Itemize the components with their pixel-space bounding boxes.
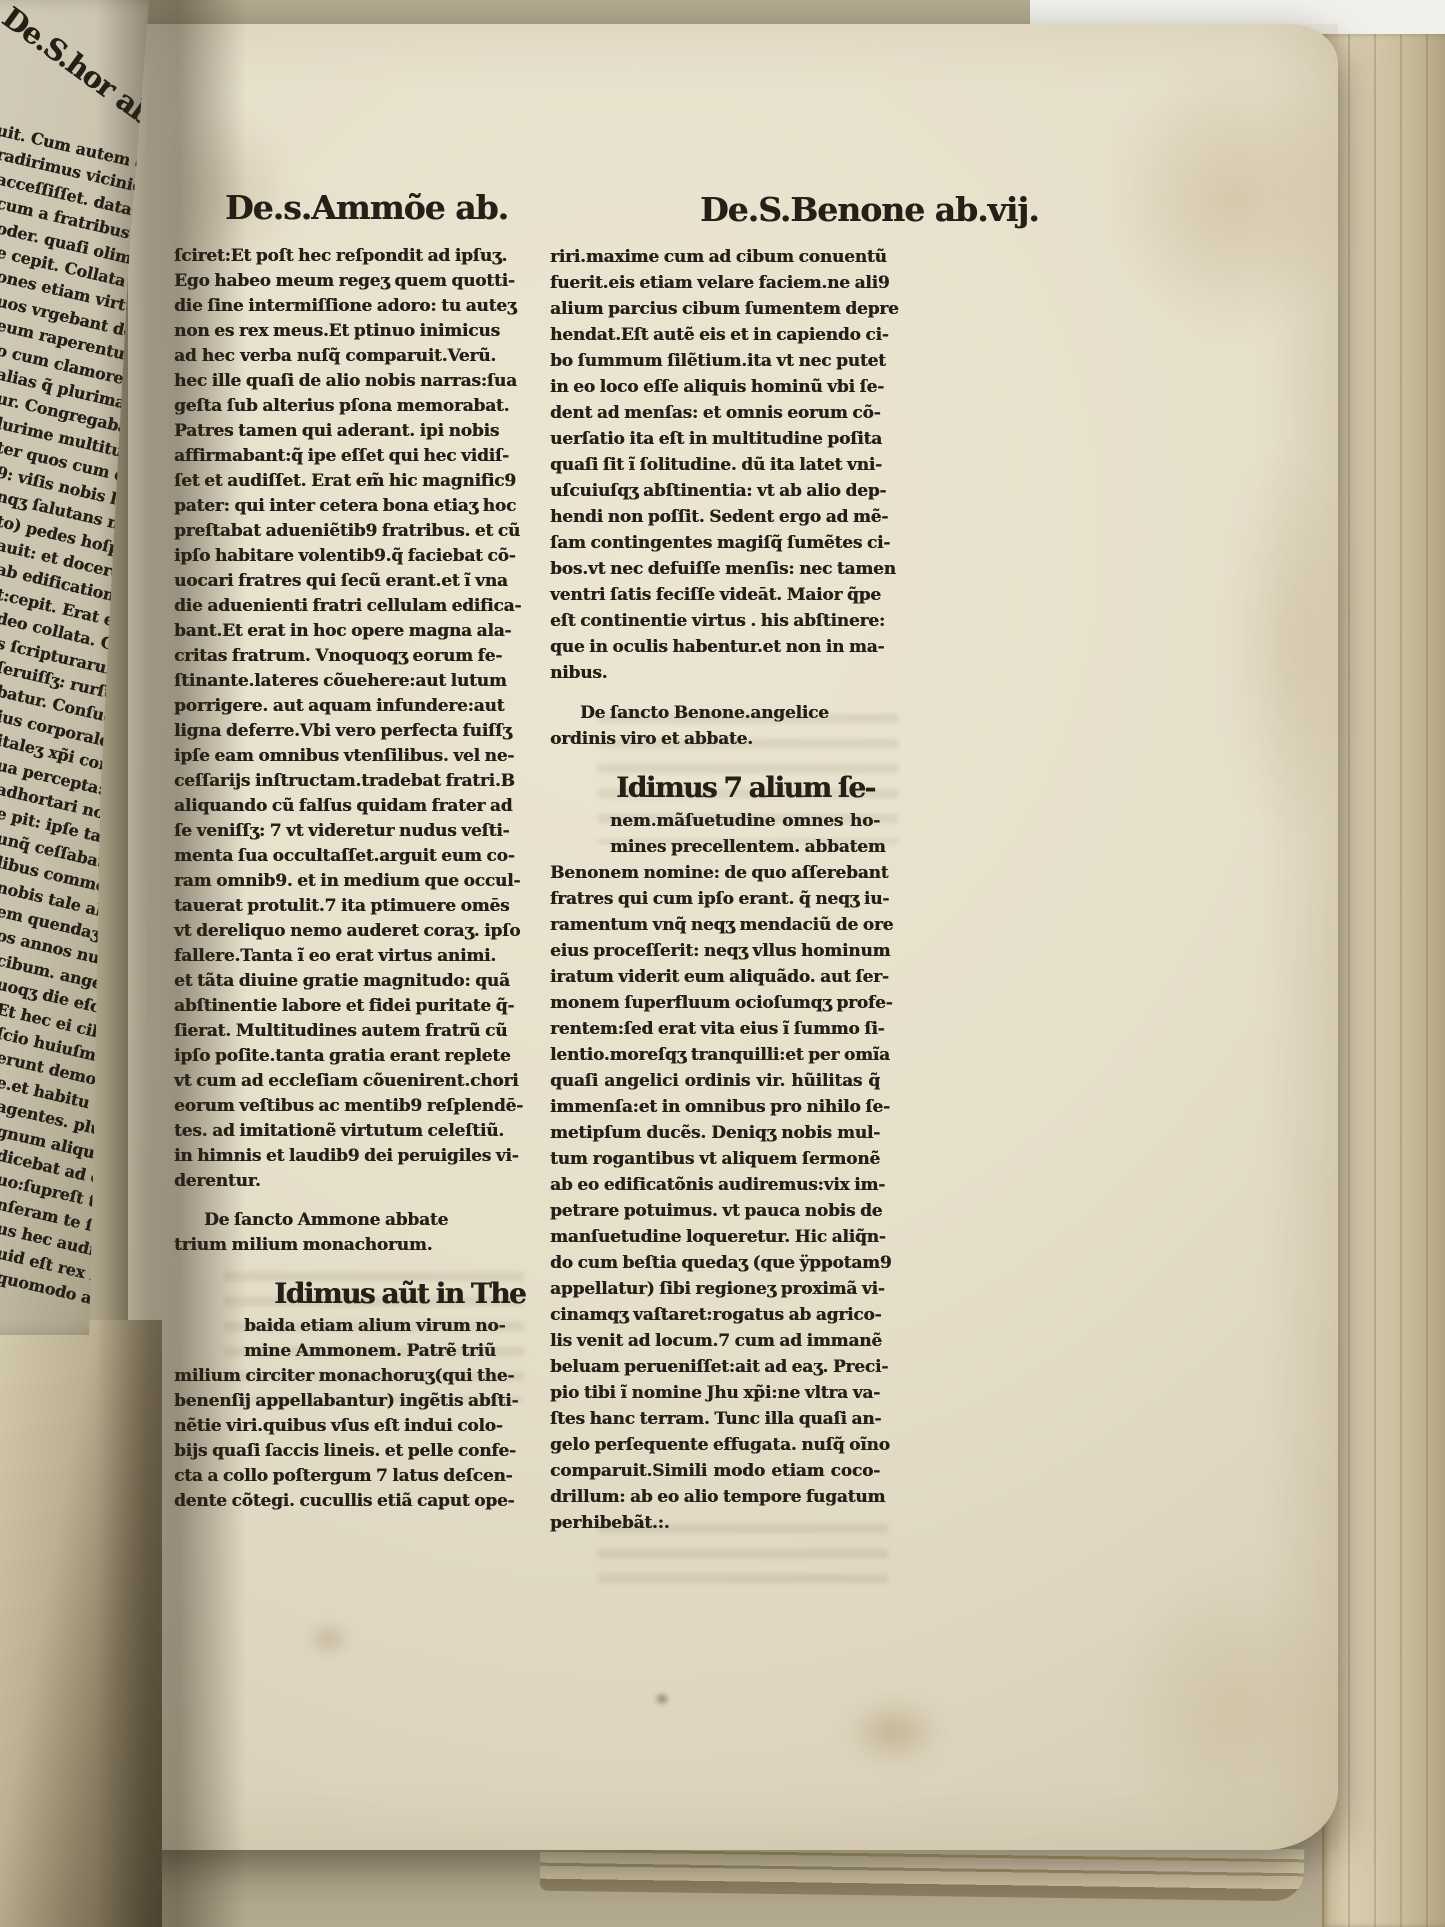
text-line: trium milium monachorum.: [174, 1233, 496, 1258]
text-line: et tãta diuine gratie magnitudo: quã: [174, 969, 496, 994]
book-page: De.s.Ammõe ab. De.S.Benone ab.vij. ſcire…: [128, 24, 1338, 1850]
text-line: De ſancto Ammone abbate: [174, 1208, 496, 1233]
text-line: bo ſummum ſilẽtium.ita vt nec putet: [550, 348, 880, 374]
text-line: mines precellentem. abbatem: [550, 834, 880, 860]
text-line: ipſo habitare volentib9.q̃ faciebat cõ-: [174, 544, 496, 569]
text-line: porrigere. aut aquam infundere:aut: [174, 694, 496, 719]
text-line: comparuit.Simili modo etiam coco-: [550, 1458, 880, 1484]
text-line: rentem:ſed erat vita eius ĩ ſummo ſi-: [550, 1016, 880, 1042]
book-photo-scene: De.s.Ammõe ab. De.S.Benone ab.vij. ſcire…: [0, 0, 1445, 1927]
text-line: ſciret:Et poſt hec reſpondit ad ipſuʒ.: [174, 244, 496, 269]
text-line: monem ſuperfluum ocioſumqʒ profe-: [550, 990, 880, 1016]
text-line: baida etiam alium virum no-: [174, 1314, 496, 1339]
text-line: manſuetudine loqueretur. Hic aliq̃n-: [550, 1224, 880, 1250]
text-line: abſtinentie labore et fidei puritate q̃-: [174, 994, 496, 1019]
text-line: eius proceſſerit: neqʒ vllus hominum: [550, 938, 880, 964]
text-line: ligna deferre.Vbi vero perfecta fuiſſʒ: [174, 719, 496, 744]
text-line: die ſine intermiſſione adoro: tu auteʒ: [174, 294, 496, 319]
text-line: hec ille quaſi de alio nobis narras:ſua: [174, 369, 496, 394]
text-line: metipſum ducẽs. Deniqʒ nobis mul-: [550, 1120, 880, 1146]
text-column-right: riri.maxime cum ad cibum conuentũfuerit.…: [550, 244, 880, 1536]
text-line: tauerat protulit.7 ita ptimuere omēs: [174, 894, 496, 919]
text-line: geſta ſub alterius pſona memorabat.: [174, 394, 496, 419]
text-line: vt cum ad eccleſiam cõuenirent.chori: [174, 1069, 496, 1094]
text-line: derentur.: [174, 1169, 496, 1194]
text-line: ramentum vnq̃ neqʒ mendaciũ de ore: [550, 912, 880, 938]
text-line: tes. ad imitationẽ virtutum celeſtiũ.: [174, 1119, 496, 1144]
text-line: critas fratrum. Vnoquoqʒ eorum fe-: [174, 644, 496, 669]
text-line: quaſi ſit ĩ ſolitudine. dũ ita latet vni…: [550, 452, 880, 478]
text-line: fuerit.eis etiam velare faciem.ne ali9: [550, 270, 880, 296]
text-line: uocari fratres qui ſecũ erant.et ĩ vna: [174, 569, 496, 594]
foxing-stain: [306, 1622, 352, 1656]
text-line: ab eo edificatõnis audiremus:vix im-: [550, 1172, 880, 1198]
text-line: menta ſua occultaſſet.arguit eum co-: [174, 844, 496, 869]
text-line: ceſſarijs inſtructam.tradebat fratri.B: [174, 769, 496, 794]
text-line: do cum beſtia quedaʒ (que ÿppotam9: [550, 1250, 880, 1276]
text-line: ipſo poſite.tanta gratia erant replete: [174, 1044, 496, 1069]
text-line: cta a collo poſtergum 7 latus deſcen-: [174, 1464, 496, 1489]
text-line: aliquando cũ falſus quidam frater ad: [174, 794, 496, 819]
lines-block: riri.maxime cum ad cibum conuentũfuerit.…: [550, 244, 880, 686]
text-column-left: ſciret:Et poſt hec reſpondit ad ipſuʒ.Eg…: [174, 244, 496, 1514]
text-line: petrare potuimus. vt pauca nobis de: [550, 1198, 880, 1224]
text-line: bijs quaſi ſaccis lineis. et pelle confe…: [174, 1439, 496, 1464]
text-line: nem.mãſuetudine omnes ho-: [550, 808, 880, 834]
text-line: milium circiter monachoruʒ(qui the-: [174, 1364, 496, 1389]
text-line: in himnis et laudib9 dei peruigiles vi-: [174, 1144, 496, 1169]
text-line: lentio.moreſqʒ tranquilli:et per omĩa: [550, 1042, 880, 1068]
text-line: que in oculis habentur.et non in ma-: [550, 634, 880, 660]
text-line: Benonem nomine: de quo aſſerebant: [550, 860, 880, 886]
ink-spot: [654, 1692, 670, 1706]
text-line: bos.vt nec defuiſſe menſis: nec tamen: [550, 556, 880, 582]
text-line: iratum viderit eum aliquãdo. aut ſer-: [550, 964, 880, 990]
text-line: pater: qui inter cetera bona etiaʒ hoc: [174, 494, 496, 519]
text-line: cinamqʒ vaſtaret:rogatus ab agrico-: [550, 1302, 880, 1328]
lines-block: ſciret:Et poſt hec reſpondit ad ipſuʒ.Eg…: [174, 244, 496, 1194]
text-line: Patres tamen qui aderant. ipi nobis: [174, 419, 496, 444]
text-line: dent ad menſas: et omnis eorum cõ-: [550, 400, 880, 426]
text-line: Ego habeo meum regeʒ quem quotti-: [174, 269, 496, 294]
text-line: ſam contingentes magiſq̃ ſumẽtes ci-: [550, 530, 880, 556]
text-line: hendi non poſſit. Sedent ergo ad mẽ-: [550, 504, 880, 530]
lines-block: milium circiter monachoruʒ(qui the-benen…: [174, 1364, 496, 1514]
text-line: benenſij appellabantur) ingẽtis abſti-: [174, 1389, 496, 1414]
text-line: alium parcius cibum ſumentem depre: [550, 296, 880, 322]
text-line: De ſancto Benone.angelice: [550, 700, 880, 726]
text-line: affirmabant:q̃ ipe eſſet qui hec vidiſ-: [174, 444, 496, 469]
margin-discoloration: [1256, 24, 1338, 1850]
text-line: nẽtie viri.quibus vſus eſt indui colo-: [174, 1414, 496, 1439]
text-line: perhibebãt.:.: [550, 1510, 880, 1536]
text-line: ſet et audiſſet. Erat em̃ hic magnific9: [174, 469, 496, 494]
rubric-block: De ſancto Benone.angeliceordinis viro et…: [550, 700, 880, 752]
page-edge-lines: [1322, 34, 1445, 1927]
text-line: uſcuiuſqʒ abſtinentia: vt ab alio dep-: [550, 478, 880, 504]
text-line: ordinis viro et abbate.: [550, 726, 880, 752]
text-line: die aduenienti fratri cellulam edifica-: [174, 594, 496, 619]
text-line: in eo loco eſſe aliquis hominũ vbi ſe-: [550, 374, 880, 400]
text-line: tum rogantibus vt aliquem ſermonẽ: [550, 1146, 880, 1172]
text-line: preſtabat adueniẽtib9 fratribus. et cũ: [174, 519, 496, 544]
text-line: eorum veſtibus ac mentib9 reſplendē-: [174, 1094, 496, 1119]
text-line: ram omnib9. et in medium que occul-: [174, 869, 496, 894]
column-body: ſciret:Et poſt hec reſpondit ad ipſuʒ.Eg…: [174, 244, 496, 1514]
column-body: riri.maxime cum ad cibum conuentũfuerit.…: [550, 244, 880, 1536]
text-line: ſierat. Multitudines autem fratrũ cũ: [174, 1019, 496, 1044]
page-stack-edge: [1322, 34, 1445, 1927]
text-line: gelo perſequente effugata. nuſq̃ oĩno: [550, 1432, 880, 1458]
text-line: quaſi angelici ordinis vir. hũilitas q̃: [550, 1068, 880, 1094]
gutter-bottom-shadow: [0, 1320, 162, 1927]
text-line: hendat.Eſt autẽ eis et in capiendo ci-: [550, 322, 880, 348]
text-line: pio tibi ĩ nomine Jhu xp̃i:ne vltra va-: [550, 1380, 880, 1406]
text-line: immenſa:et in omnibus pro nihilo ſe-: [550, 1094, 880, 1120]
text-line: nibus.: [550, 660, 880, 686]
text-line: bant.Et erat in hoc opere magna ala-: [174, 619, 496, 644]
text-line: appellatur) ſibi regioneʒ proximã vi-: [550, 1276, 880, 1302]
text-line: ſe veniſſʒ: 7 vt videretur nudus veſti-: [174, 819, 496, 844]
text-line: fratres qui cum ipſo erant. q̃ neqʒ iu-: [550, 886, 880, 912]
text-line: lis venit ad locum.7 cum ad immanẽ: [550, 1328, 880, 1354]
foxing-stain: [846, 1700, 942, 1764]
text-line: mine Ammonem. Patrẽ triũ: [174, 1339, 496, 1364]
text-line: non es rex meus.Et ptinuo inimicus: [174, 319, 496, 344]
text-line: drillum: ab eo alio tempore fugatum: [550, 1484, 880, 1510]
section-heading: Idimus 7 alium ſe-: [550, 768, 880, 808]
text-line: fallere.Tanta ĩ eo erat virtus animi.: [174, 944, 496, 969]
text-line: ſtes hanc terram. Tunc illa quaſi an-: [550, 1406, 880, 1432]
section-heading: Idimus aũt in The: [174, 1274, 496, 1314]
text-line: ventri ſatis feciſſe videāt. Maior q̃pe: [550, 582, 880, 608]
running-title-left: De.s.Ammõe ab.: [225, 188, 508, 227]
text-line: eſt continentie virtus . his abſtinere:: [550, 608, 880, 634]
text-line: ſtinante.lateres cõuehere:aut lutum: [174, 669, 496, 694]
rubric-block: De ſancto Ammone abbatetrium milium mona…: [174, 1208, 496, 1258]
text-line: dente cõtegi. cucullis etiã caput ope-: [174, 1489, 496, 1514]
running-title-right: De.S.Benone ab.vij.: [700, 190, 1039, 229]
text-line: vt dereliquo nemo auderet coraʒ. ipſo: [174, 919, 496, 944]
text-line: beluam perueniſſet:ait ad eaʒ. Preci-: [550, 1354, 880, 1380]
lines-block: Benonem nomine: de quo aſſerebantfratres…: [550, 860, 880, 1536]
text-line: uerſatio ita eſt in multitudine poſita: [550, 426, 880, 452]
indent-block: baida etiam alium virum no-mine Ammonem.…: [174, 1314, 496, 1364]
text-line: ad hec verba nuſq̃ comparuit.Verũ.: [174, 344, 496, 369]
text-line: riri.maxime cum ad cibum conuentũ: [550, 244, 880, 270]
indent-block: nem.mãſuetudine omnes ho-mines precellen…: [550, 808, 880, 860]
text-line: ipſe eam omnibus vtenſilibus. vel ne-: [174, 744, 496, 769]
